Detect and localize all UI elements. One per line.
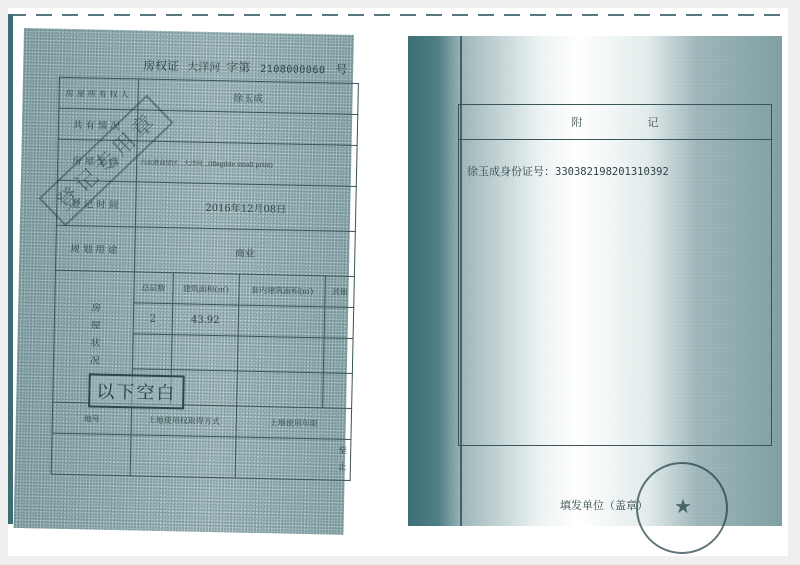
scan-left-edge: [8, 14, 13, 524]
id-number: 330382198201310392: [555, 166, 669, 178]
building-area-value: 43.92: [172, 304, 239, 336]
floors-value: 2: [133, 303, 172, 335]
annex-title-left: 附: [572, 114, 583, 130]
co-ownership-value: [137, 110, 358, 146]
annex-header: 附 记: [459, 105, 771, 140]
col-header-floors: 总层数: [134, 272, 173, 304]
col-header-other: 其他: [325, 276, 354, 308]
other-value: [324, 307, 353, 339]
annex-id-line: 徐玉成身份证号：330382198201310392: [467, 163, 669, 179]
star-icon: ★: [674, 494, 692, 518]
table-row: 至 止: [51, 433, 351, 480]
official-seal: ★: [636, 462, 728, 554]
blank-below-stamp: 以下空白: [88, 373, 185, 409]
left-page: 房权证大洋河字第2108000060号 房屋所有权人 徐玉成 共有情况 房屋坐落…: [14, 28, 354, 535]
annex-title-right: 记: [648, 114, 659, 130]
owner-value: 徐玉成: [138, 79, 359, 115]
land-term-label: 土地使用年限: [236, 406, 352, 439]
col-header-building-area: 建筑面积(㎡): [172, 273, 239, 305]
usage-value: 商业: [134, 227, 355, 277]
annex-box: 附 记 徐玉成身份证号：330382198201310392: [458, 104, 772, 446]
col-header-inner-area: 套内建筑面积(㎡): [239, 274, 326, 307]
land-term-from: 至: [338, 447, 347, 457]
location-value: 丹东港商贸区...大洋河...(illegible small print): [136, 141, 357, 187]
registration-table: 房屋所有权人 徐玉成 共有情况 房屋坐落 丹东港商贸区...大洋河...(ill…: [51, 77, 359, 481]
scan-top-edge: [10, 14, 780, 16]
inner-area-value: [238, 305, 325, 338]
registration-date-value: 2016年12月08日: [135, 182, 356, 232]
table-row: 规划用途 商业: [55, 225, 355, 276]
issuer-label: 填发单位（盖章）: [560, 497, 648, 513]
usage-label: 规划用途: [55, 225, 135, 272]
land-term-to: 止: [338, 463, 347, 473]
owner-label: 房屋所有权人: [59, 77, 139, 110]
certificate-number: 2108000060: [260, 64, 325, 76]
table-row: 房屋状况 总层数 建筑面积(㎡) 套内建筑面积(㎡) 其他: [55, 270, 355, 307]
